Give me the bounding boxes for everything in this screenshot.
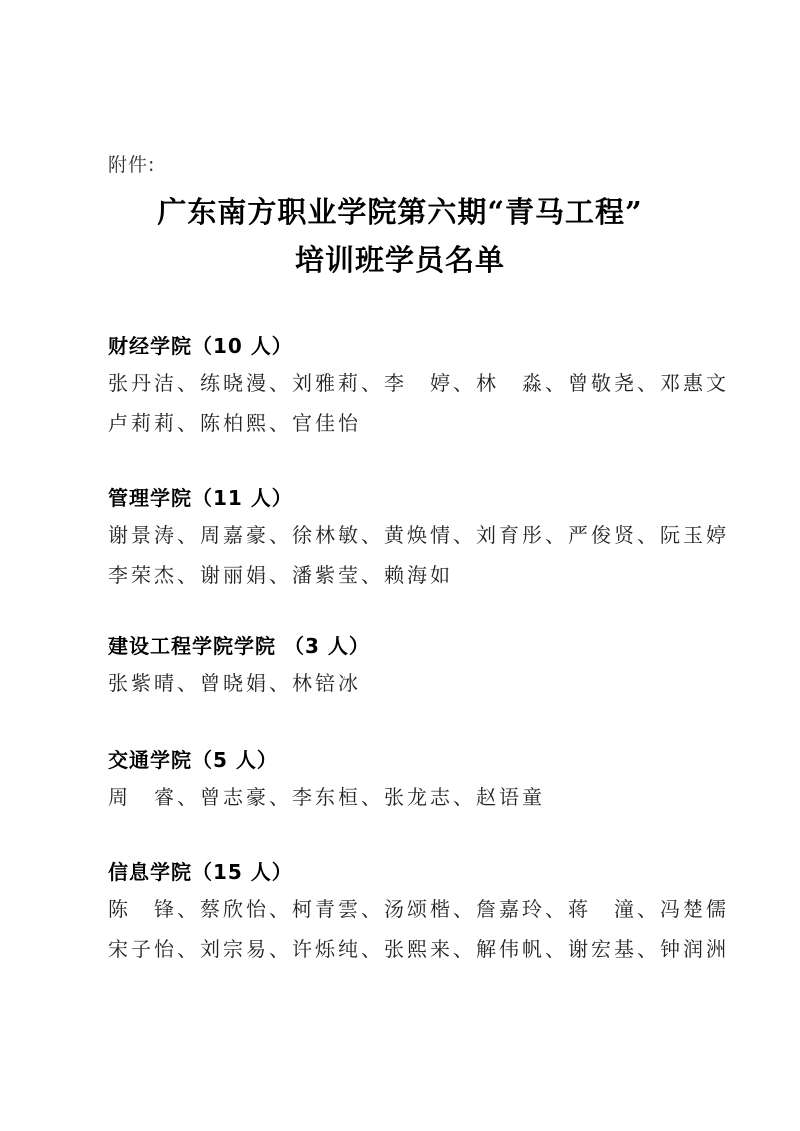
attachment-label: 附件: [108,150,155,177]
section-heading: 财经学院（10 人） [108,329,708,363]
section-construction-engineering: 建设工程学院学院 （3 人） 张紫晴、曾晓娟、林锫冰 [108,629,708,703]
name-list-line: 李荣杰、谢丽娟、潘紫莹、赖海如 [108,555,708,595]
section-heading: 管理学院（11 人） [108,481,708,515]
name-list-line: 卢莉莉、陈柏熙、官佳怡 [108,403,708,443]
section-transportation: 交通学院（5 人） 周 睿、曾志豪、李东桓、张龙志、赵语童 [108,743,708,817]
name-list-line: 谢景涛、周嘉豪、徐林敏、黄焕情、刘育彤、严俊贤、阮玉婷 [108,515,708,555]
document-page: 附件: 广东南方职业学院第六期“青马工程” 培训班学员名单 财经学院（10 人）… [0,0,800,1131]
document-title-line-2: 培训班学员名单 [0,238,800,279]
section-finance: 财经学院（10 人） 张丹洁、练晓漫、刘雅莉、李 婷、林 淼、曾敬尧、邓惠文 卢… [108,329,708,443]
name-list-line: 张紫晴、曾晓娟、林锫冰 [108,663,708,703]
section-management: 管理学院（11 人） 谢景涛、周嘉豪、徐林敏、黄焕情、刘育彤、严俊贤、阮玉婷 李… [108,481,708,595]
section-heading: 信息学院（15 人） [108,855,708,889]
section-heading: 交通学院（5 人） [108,743,708,777]
name-list-line: 宋子怡、刘宗易、许烁纯、张熙来、解伟帆、谢宏基、钟润洲 [108,929,708,969]
name-list-line: 陈 锋、蔡欣怡、柯青雲、汤颂楷、詹嘉玲、蒋 潼、冯楚儒 [108,889,708,929]
document-title-line-1: 广东南方职业学院第六期“青马工程” [0,190,800,231]
section-information: 信息学院（15 人） 陈 锋、蔡欣怡、柯青雲、汤颂楷、詹嘉玲、蒋 潼、冯楚儒 宋… [108,855,708,969]
name-list-line: 周 睿、曾志豪、李东桓、张龙志、赵语童 [108,777,708,817]
section-heading: 建设工程学院学院 （3 人） [108,629,708,663]
name-list-line: 张丹洁、练晓漫、刘雅莉、李 婷、林 淼、曾敬尧、邓惠文 [108,363,708,403]
